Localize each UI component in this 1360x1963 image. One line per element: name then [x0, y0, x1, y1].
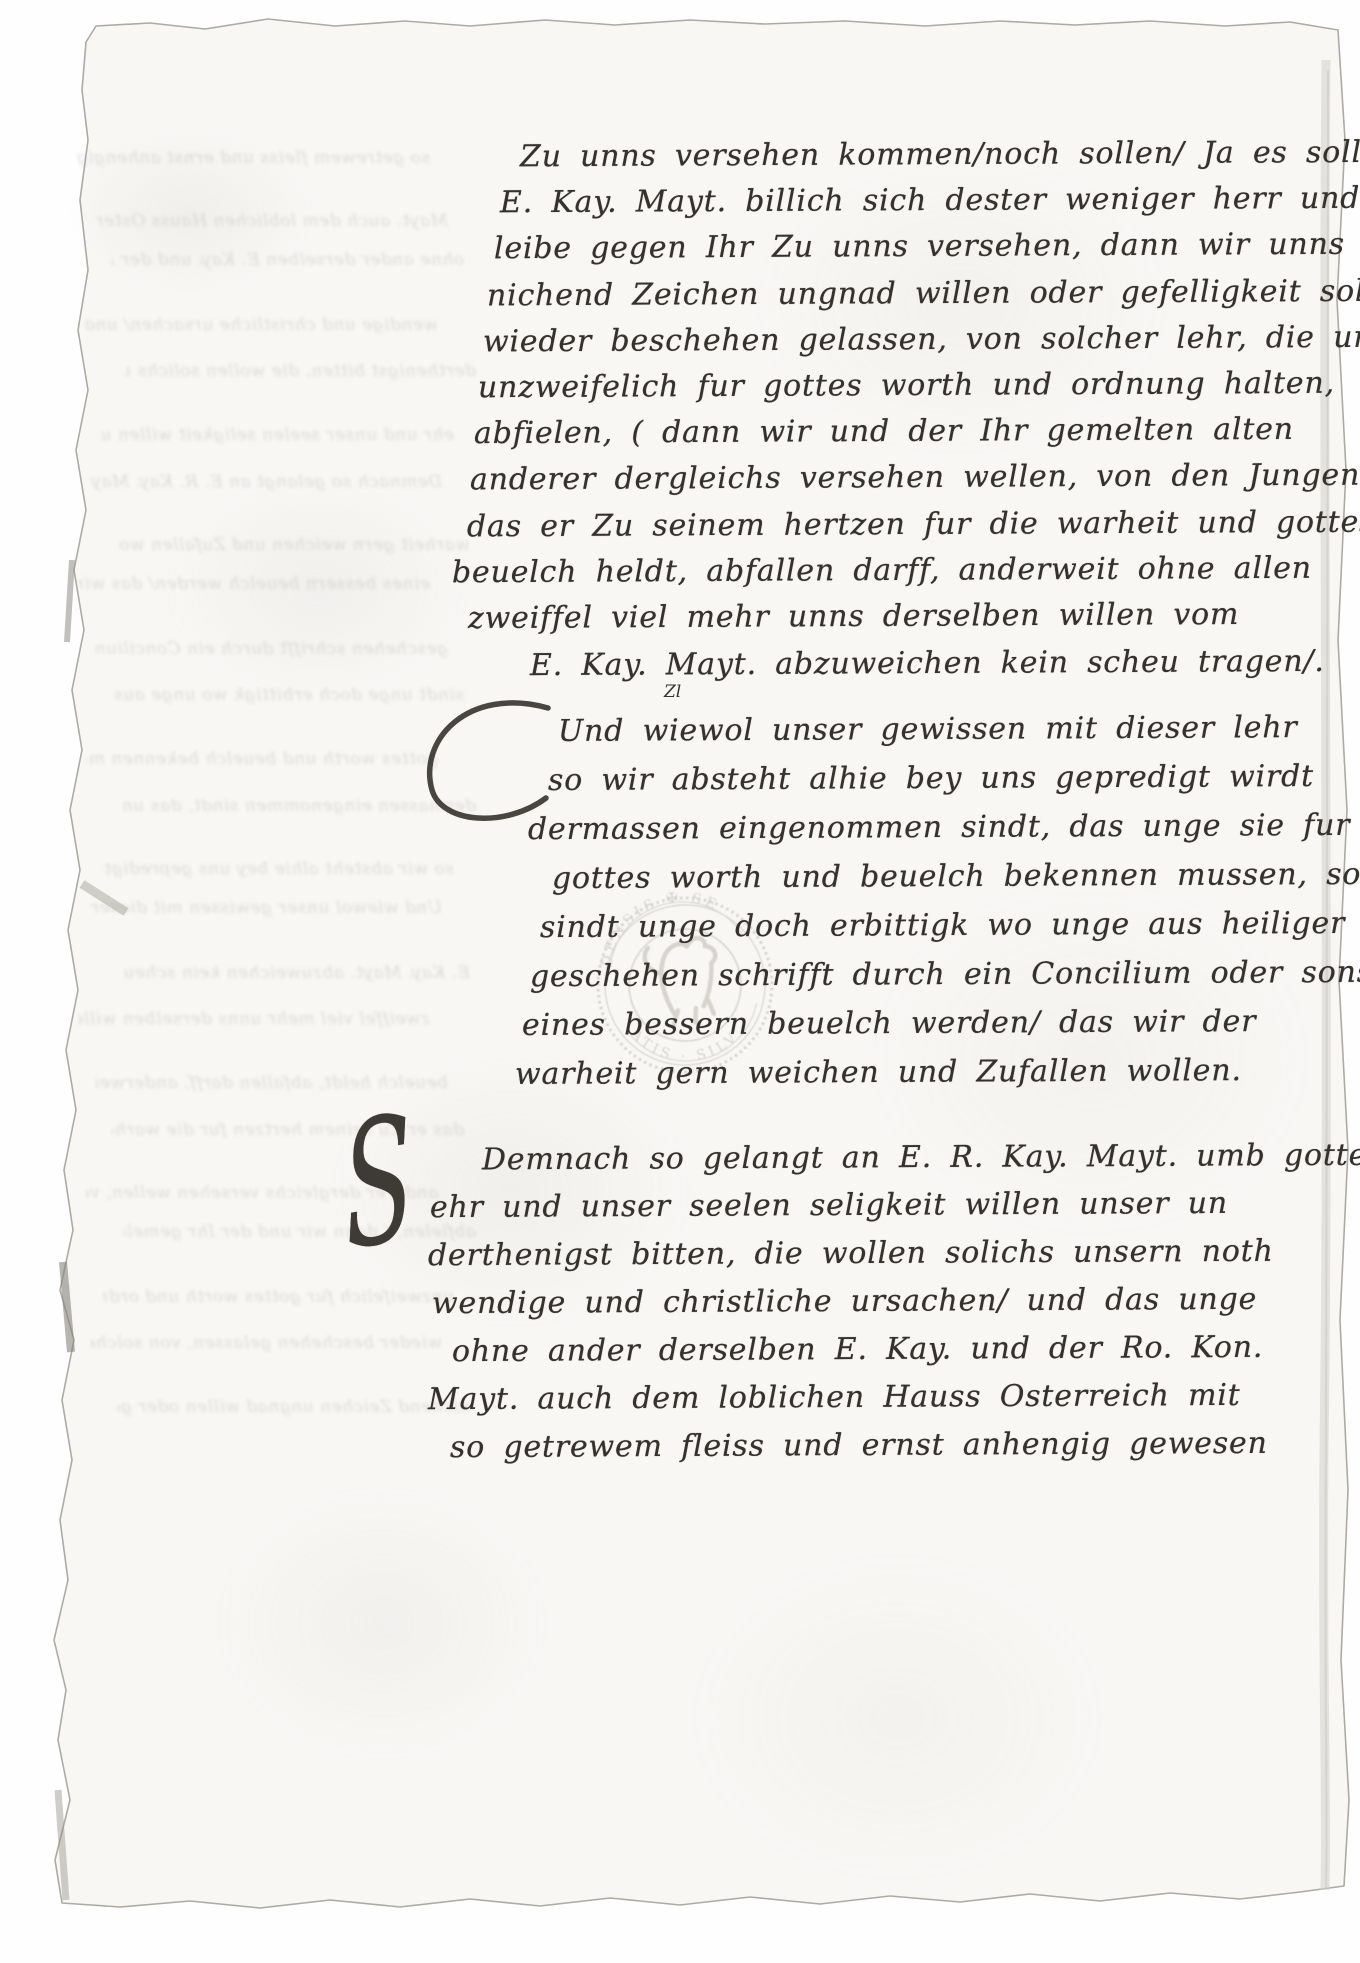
- manuscript-line: E. Kay. Mayt. abzuweichen kein scheu tra…: [530, 644, 1325, 683]
- manuscript-line: E. Kay. Mayt. billich sich dester wenige…: [500, 181, 1360, 221]
- manuscript-line: ehr und unser seelen seligkeit willen un…: [430, 1186, 1228, 1225]
- manuscript-line: beuelch heldt, abfallen darff, anderweit…: [452, 551, 1312, 591]
- manuscript-line: zweiffel viel mehr unns derselben willen…: [468, 597, 1239, 636]
- manuscript-line: so wir absteht alhie bey uns gepredigt w…: [548, 759, 1314, 798]
- bleedthrough-line: geschehen schrifft durch ein Concilium o…: [96, 639, 448, 659]
- manuscript-line: gottes worth und beuelch bekennen mussen…: [552, 857, 1360, 896]
- manuscript-line: Demnach so gelangt an E. R. Kay. Mayt. u…: [482, 1138, 1360, 1178]
- bleedthrough-line: nichend Zeichen ungnad willen oder gefel…: [118, 1397, 470, 1417]
- manuscript-line: dermassen eingenommen sindt, das unge si…: [528, 808, 1351, 847]
- manuscript-line: nichend Zeichen ungnad willen oder gefel…: [487, 274, 1360, 314]
- initial-s-flourish: S: [338, 1092, 419, 1275]
- bleedthrough-line: Und wiewol unser gewissen mit dieser leh…: [90, 898, 442, 918]
- manuscript-scan: so getrewem fleiss und ernst anhengig ge…: [0, 0, 1360, 1963]
- manuscript-line: das er Zu seinem hertzen fur die warheit…: [467, 505, 1360, 545]
- bleedthrough-line: warheit gern weichen und Zufallen wollen…: [118, 535, 470, 555]
- manuscript-line: wendige und christliche ursachen/ und da…: [432, 1282, 1257, 1321]
- manuscript-line: anderer dergleichs versehen wellen, von …: [470, 458, 1360, 498]
- bleedthrough-line: so wir absteht alhie bey uns gepredigt w…: [102, 859, 454, 879]
- manuscript-line: wieder beschehen gelassen, von solcher l…: [483, 320, 1360, 360]
- bleedthrough-line: unzweifelich fur gottes worth und ordnun…: [102, 1287, 454, 1307]
- manuscript-line: unzweifelich fur gottes worth und ordnun…: [478, 366, 1335, 405]
- manuscript-line: Mayt. auch dem loblichen Hauss Osterreic…: [428, 1378, 1241, 1417]
- manuscript-line: warheit gern weichen und Zufallen wollen…: [515, 1053, 1242, 1092]
- bleedthrough-line: E. Kay. Mayt. abzuweichen kein scheu tra…: [118, 963, 470, 983]
- manuscript-line: abfielen, ( dann wir und der Ihr gemelte…: [474, 412, 1294, 451]
- manuscript-line: eines bessern beuelch werden/ das wir de…: [522, 1004, 1256, 1043]
- bleedthrough-line: wieder beschehen gelassen, von solcher l…: [90, 1333, 442, 1353]
- edge-smudge: [67, 560, 72, 642]
- bleedthrough-line: wendige und christliche ursachen/ und da…: [86, 315, 438, 335]
- bleedthrough-line: so getrewem fleiss und ernst anhengig ge…: [78, 148, 430, 168]
- manuscript-line: leibe gegen Ihr Zu unns versehen, dann w…: [494, 227, 1345, 266]
- manuscript-line: so getrewem fleiss und ernst anhengig ge…: [450, 1426, 1268, 1465]
- edge-smudge: [63, 1262, 71, 1352]
- manuscript-line: geschehen schrifft durch ein Concilium o…: [530, 955, 1360, 994]
- manuscript-line: Zu unns versehen kommen/noch sollen/ Ja …: [520, 135, 1360, 175]
- bleedthrough-line: zweiffel viel mehr unns derselben willen…: [78, 1009, 430, 1029]
- bleedthrough-line: Demnach so gelangt an E. R. Kay. Mayt. u…: [90, 472, 442, 492]
- bleedthrough-line: ohne ander derselben E. Kay. und der Ro.…: [112, 250, 464, 270]
- bleedthrough-line: sindt unge doch erbittigk wo unge aus he…: [112, 685, 464, 705]
- interlinear-insertion: Zl: [664, 682, 681, 702]
- manuscript-line: derthenigst bitten, die wollen solichs u…: [428, 1234, 1274, 1273]
- manuscript-line: ohne ander derselben E. Kay. und der Ro.…: [452, 1330, 1263, 1369]
- bleedthrough-line: Mayt. auch dem loblichen Hauss Osterreic…: [96, 211, 448, 231]
- manuscript-line: sindt unge doch erbittigk wo unge aus he…: [540, 906, 1345, 945]
- bleedthrough-line: ehr und unser seelen seligkeit willen un…: [102, 425, 454, 445]
- bleedthrough-line: derthenigst bitten, die wollen solichs u…: [124, 361, 476, 381]
- manuscript-line: Und wiewol unser gewissen mit dieser leh…: [558, 710, 1298, 749]
- bleedthrough-line: abfielen, ( dann wir und der Ihr gemelte…: [124, 1222, 476, 1242]
- edge-smudge: [58, 1790, 66, 1900]
- bleedthrough-line: dermassen eingenommen sindt, das unge si…: [124, 796, 476, 816]
- bleedthrough-line: gottes worth und beuelch bekennen mussen…: [86, 749, 438, 769]
- bleedthrough-line: eines bessern beuelch werden/ das wir de…: [78, 574, 430, 594]
